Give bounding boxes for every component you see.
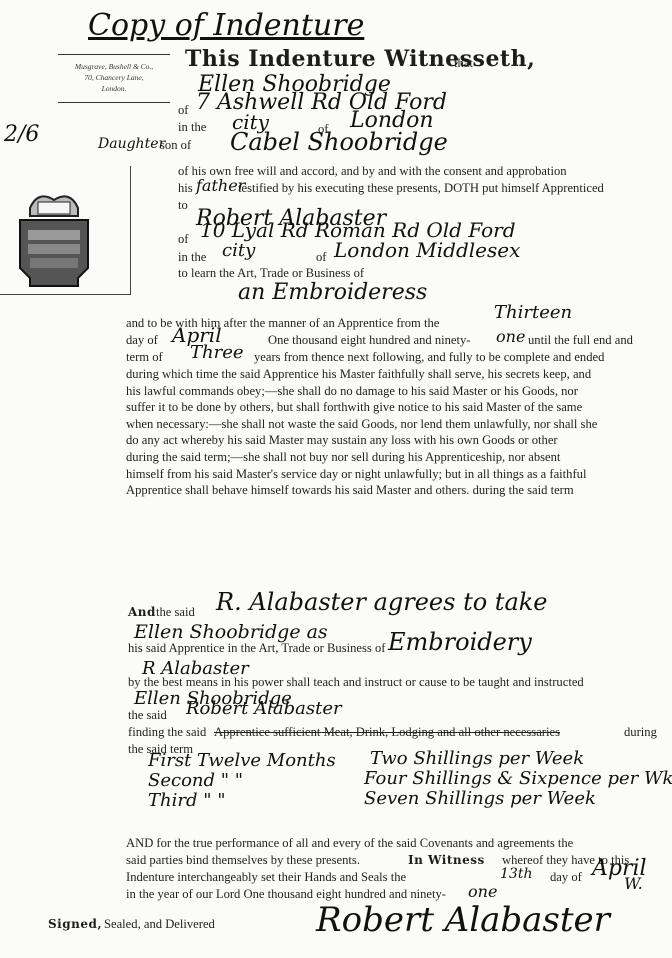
label-son-of: son of [160,138,191,153]
master-agrees-hand: R. Alabaster agrees to take [216,588,548,616]
trade-line: his said Apprentice in the Art, Trade or… [128,641,385,656]
wage-period: Third " " [148,790,225,811]
consent-line-2-post: testified by his executing these present… [238,181,604,196]
margin-note: Daughter [98,136,165,152]
covenant-line: his lawful commands obey;—she shall do n… [126,383,660,400]
trade: an Embroideress [238,280,427,305]
covenant-line: do any act whereby his said Master may s… [126,432,660,449]
signature: Robert Alabaster [316,900,610,940]
label-the-said: the said [128,708,167,723]
label-and: And [128,605,156,619]
apprentice-hand: Ellen Shoobridge as [134,621,328,643]
in-witness: In Witness [408,853,485,867]
finding-pre: finding the said [128,725,206,740]
printer-imprint: Musgrave, Bushell & Co., 70, Chancery La… [54,54,174,124]
year-text: One thousand eight hundred and ninety- [268,333,471,348]
wage-amount: Two Shillings per Week [370,748,584,769]
consent-line-2-pre: his [178,181,193,196]
trade-label: to learn the Art, Trade or Business of [178,266,364,281]
divider [58,54,170,55]
label-in-the: in the [178,250,206,265]
witness-line-1: AND for the true performance of all and … [126,836,573,851]
label-of: of [316,250,327,265]
witness-line-3-pre: Indenture interchangeably set their Hand… [126,870,406,885]
label-of: of [178,232,189,247]
covenant-line: when necessary:—she shall not waste the … [126,416,660,433]
covenant-line: Apprentice shall behave himself towards … [126,482,660,499]
year-post: until the full end and [528,333,633,348]
covenant-line: suffer it to be done by others, but shal… [126,399,660,416]
signed-label: Signed, [48,917,102,931]
printer-line: Musgrave, Bushell & Co., [54,61,174,72]
witness-initials: W. [624,874,643,893]
printer-line: 70, Chancery Lane, [54,72,174,83]
label-term-of: term of [126,350,163,365]
covenants: during which time the said Apprentice hi… [126,366,660,499]
label-of: of [178,103,189,118]
finding-post: during [624,725,657,740]
master-locality-type: city [222,240,255,261]
wage-period: Second " " [148,770,243,791]
start-day: Thirteen [494,302,572,323]
master-full-hand: Robert Alabaster [186,698,342,719]
signed-post: Sealed, and Delivered [104,917,215,932]
parent-name: Cabel Shoobridge [230,128,448,156]
wage-amount: Four Shillings & Sixpence per Wk [364,768,672,789]
master-locality: London Middlesex [334,238,520,262]
handwritten-title: Copy of Indenture [88,8,364,43]
wage-amount: Seven Shillings per Week [364,788,596,809]
year-hand: one [496,327,525,346]
witness-year-hand: one [468,882,497,901]
witness-line-2-pre: said parties bind themselves by these pr… [126,853,360,868]
printer-line: London. [54,83,174,94]
witness-day-of: day of [550,870,582,885]
label-the-said: the said [156,605,195,620]
covenant-line: during the said term;—she shall not buy … [126,449,660,466]
label-day-of: day of [126,333,158,348]
term-post: years from thence next following, and fu… [254,350,604,365]
label-in-the: in the [178,120,206,135]
stamp-duty: 2/6 [4,122,39,147]
term-years: Three [190,342,244,363]
finding-struck: Apprentice sufficient Meat, Drink, Lodgi… [214,725,560,740]
covenant-line: himself from his said Master's service d… [126,466,660,483]
label-to: to [178,198,188,213]
crown-seal-icon [8,186,100,296]
witness-day: 13th [500,866,532,882]
trade-hand: Embroidery [388,628,532,656]
title-suffix: that [454,56,473,71]
wage-period: First Twelve Months [148,750,336,771]
divider [58,102,170,103]
covenant-line: during which time the said Apprentice hi… [126,366,660,383]
printed-title: This Indenture Witnesseth, [185,46,535,72]
